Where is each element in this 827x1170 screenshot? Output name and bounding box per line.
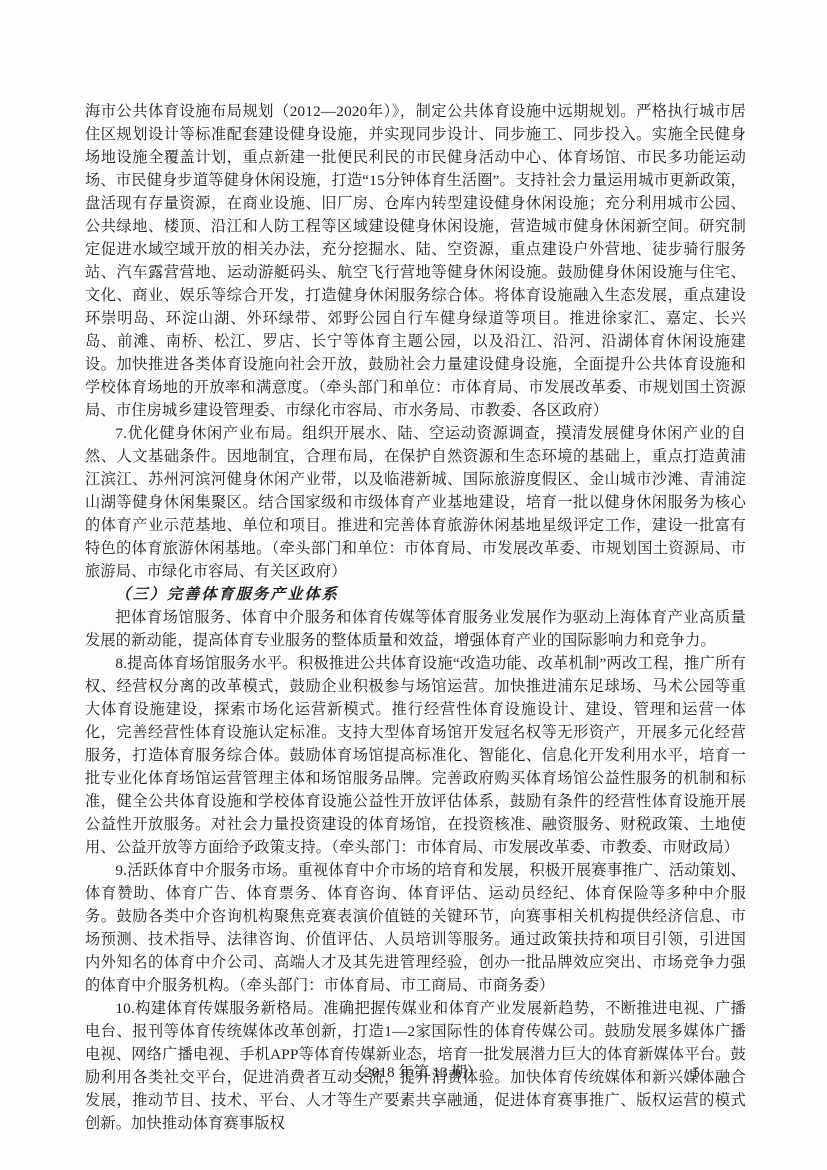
page-footer: （2018 年第 13 期） 5 bbox=[85, 1061, 746, 1084]
paragraph-continuation: 海市公共体育设施布局规划（2012—2020年）》，制定公共体育设施中远期规划。… bbox=[85, 100, 746, 422]
paragraph-item-7: 7.优化健身休闲产业布局。组织开展水、陆、空运动资源调查，摸清发展健身休闲产业的… bbox=[85, 422, 746, 583]
paragraph-item-8: 8.提高体育场馆服务水平。积极推进公共体育设施“改造功能、改革机制”两改工程，推… bbox=[85, 652, 746, 859]
page-number: 5 bbox=[692, 1061, 700, 1084]
issue-label: （2018 年第 13 期） bbox=[85, 1061, 746, 1084]
document-body: 海市公共体育设施布局规划（2012—2020年）》，制定公共体育设施中远期规划。… bbox=[85, 100, 746, 1135]
paragraph-item-9: 9.活跃体育中介服务市场。重视体育中介市场的培育和发展，积极开展赛事推广、活动策… bbox=[85, 859, 746, 997]
document-page: 海市公共体育设施布局规划（2012—2020年）》，制定公共体育设施中远期规划。… bbox=[0, 0, 827, 1170]
paragraph-section-intro: 把体育场馆服务、体育中介服务和体育传媒等体育服务业发展作为驱动上海体育产业高质量… bbox=[85, 606, 746, 652]
section-heading: （三）完善体育服务产业体系 bbox=[85, 583, 746, 606]
